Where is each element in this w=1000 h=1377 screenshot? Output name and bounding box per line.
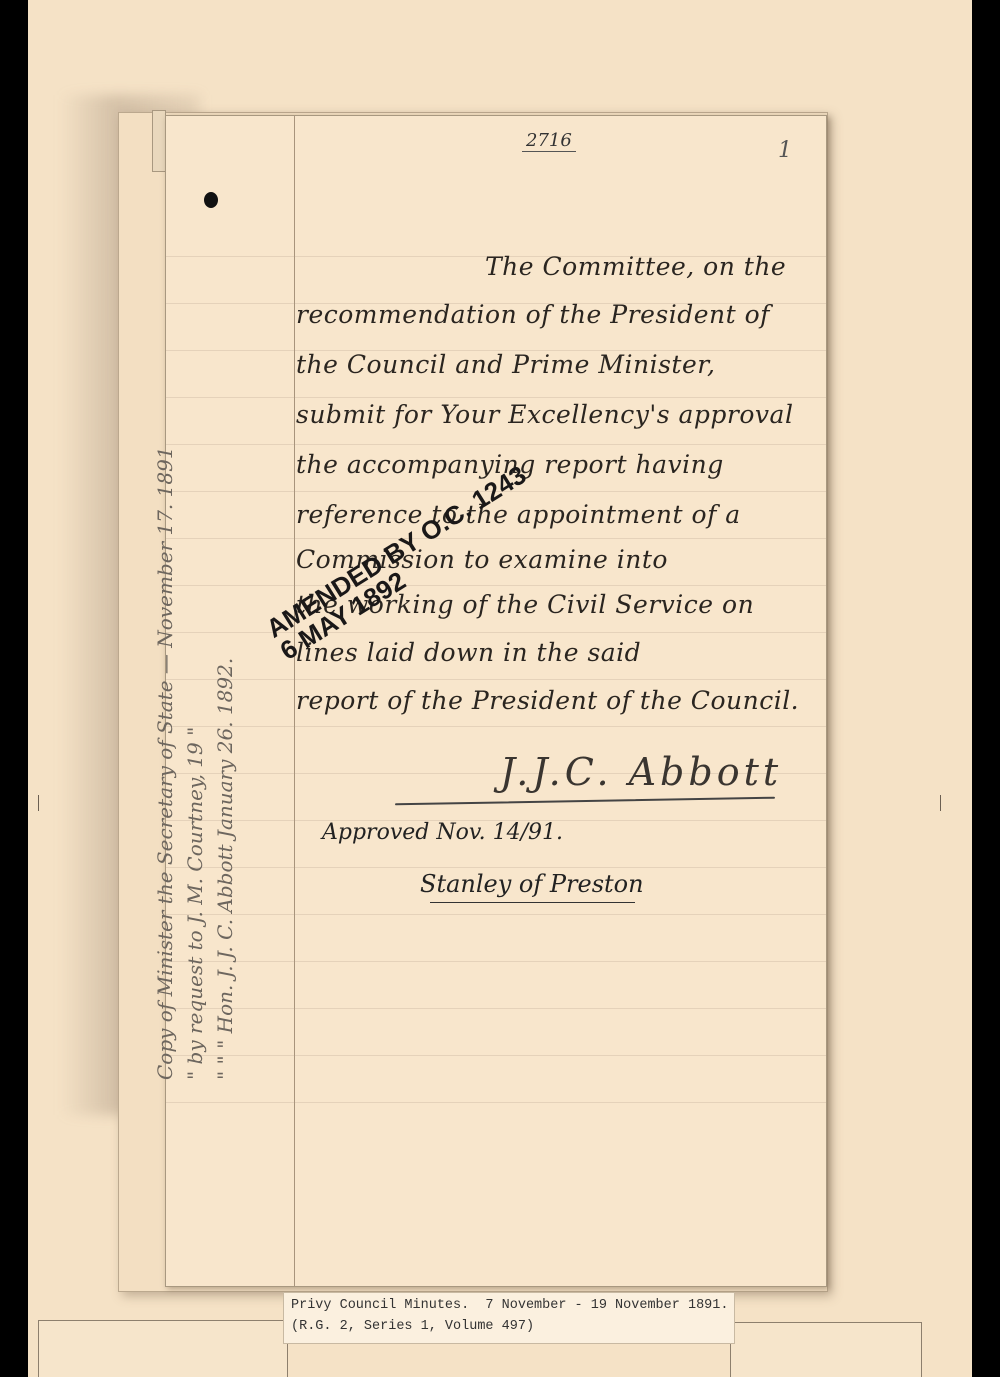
edge-mark [38,795,39,811]
approval-note: Approved Nov. 14/91. [322,820,563,845]
ruled-line [166,538,826,539]
margin-notes: Copy of Minister the Secretary of State … [150,446,240,1080]
signature-underline [430,902,635,903]
ruled-line [166,444,826,445]
body-line: recommendation of the President of [296,300,770,329]
archive-label-line-1: Privy Council Minutes. 7 November - 19 N… [284,1293,734,1319]
punch-hole [204,192,218,208]
ruled-line [166,914,826,915]
ruled-line [166,397,826,398]
binding-tab [152,110,166,172]
ruled-line [166,679,826,680]
ruled-line [166,585,826,586]
body-line: report of the President of the Council. [296,686,799,715]
ruled-line [166,867,826,868]
archive-label-line-2: (R.G. 2, Series 1, Volume 497) [284,1319,734,1340]
margin-note: " " " Hon. J. J. C. Abbott January 26. 1… [210,446,240,1080]
ruled-line [166,961,826,962]
ruled-line [166,1008,826,1009]
ruled-line [166,1055,826,1056]
folio-number: 2716 [522,130,576,152]
body-line: the Council and Prime Minister, [296,350,715,379]
body-line: The Committee, on the [485,252,786,281]
margin-rule [294,116,295,1286]
ruled-line [166,726,826,727]
page-number: 1 [778,138,792,163]
scan-border-left [0,0,28,1377]
margin-note: Copy of Minister the Secretary of State … [150,446,180,1080]
signature-prime-minister: J.J.C. Abbott [500,750,782,794]
body-line: lines laid down in the said [296,638,641,667]
folder-tab-left [38,1320,288,1377]
folder-tab-right [730,1322,922,1377]
scan-border-right [972,0,1000,1377]
ruled-line [166,1102,826,1103]
signature-governor-general: Stanley of Preston [420,870,644,898]
edge-mark [940,795,941,811]
ruled-line [166,632,826,633]
margin-note: " by request to J. M. Courtney, 19 " [180,446,210,1080]
body-line: submit for Your Excellency's approval [296,400,793,429]
archive-label: Privy Council Minutes. 7 November - 19 N… [283,1292,735,1344]
